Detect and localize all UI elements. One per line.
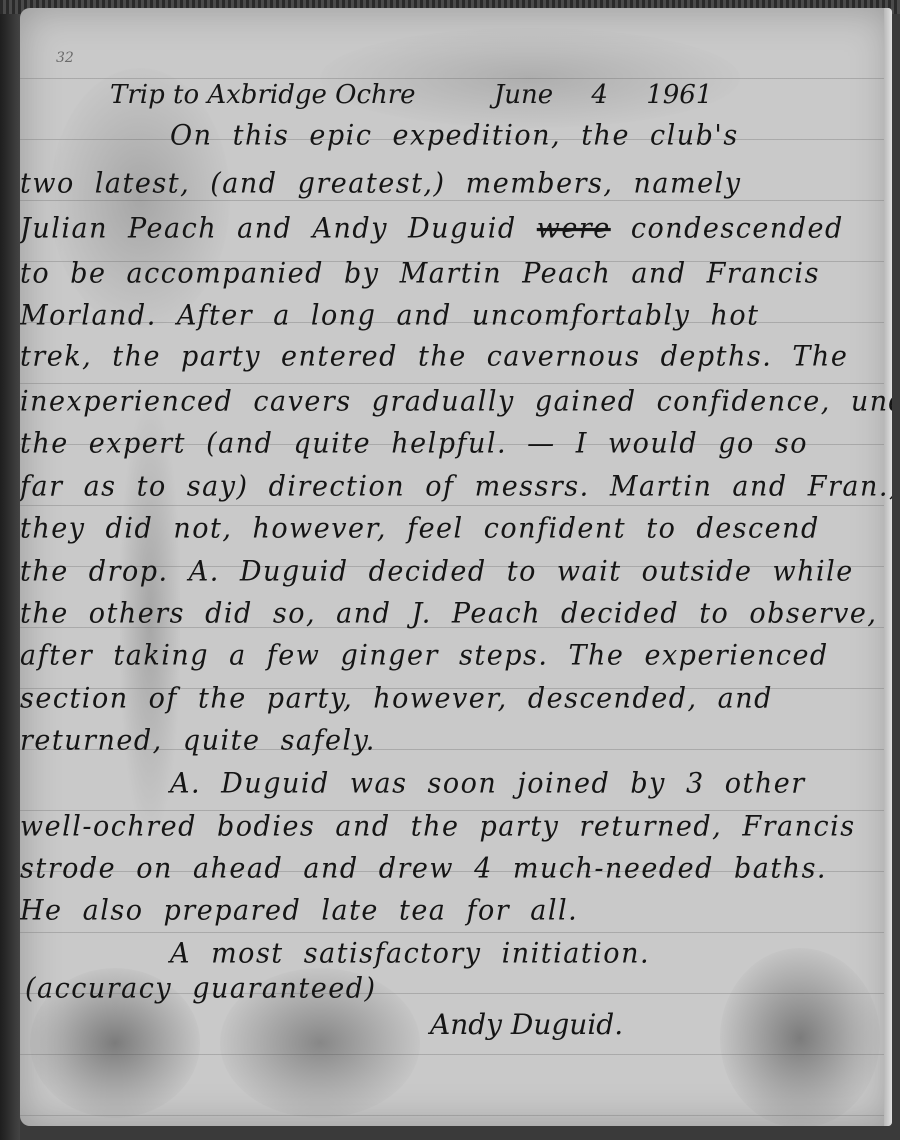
text-line: section of the party, however, descended… <box>20 682 773 715</box>
text-line: (accuracy guaranteed) <box>25 972 377 1005</box>
text-line: two latest, (and greatest,) members, nam… <box>20 167 741 200</box>
ochre-fingerprint <box>720 948 880 1126</box>
ochre-smudge <box>320 28 740 128</box>
text-line: well-ochred bodies and the party returne… <box>20 810 856 843</box>
notebook-page: 32 Trip to Axbridge Ochre June 4 1961 On… <box>20 8 892 1126</box>
text-line: they did not, however, feel confident to… <box>20 512 820 545</box>
entry-heading: Trip to Axbridge Ochre June 4 1961 <box>110 80 712 110</box>
text-line: strode on ahead and drew 4 much-needed b… <box>20 852 827 885</box>
text-line: A. Duguid was soon joined by 3 other <box>170 767 806 800</box>
text-line: the expert (and quite helpful. — I would… <box>20 427 808 460</box>
text-line: On this epic expedition, the club's <box>170 119 739 152</box>
entry-title: Trip to Axbridge Ochre <box>110 80 416 110</box>
text-line: Morland. After a long and uncomfortably … <box>20 299 760 332</box>
struck-word: were <box>537 212 611 245</box>
notebook-binding <box>0 0 20 1140</box>
page-edge <box>884 8 892 1126</box>
text-span: Julian Peach and Andy Duguid <box>20 212 517 245</box>
text-line: trek, the party entered the cavernous de… <box>20 340 848 373</box>
text-line: the drop. A. Duguid decided to wait outs… <box>20 555 854 588</box>
text-line: inexperienced cavers gradually gained co… <box>20 385 892 418</box>
text-line: A most satisfactory initiation. <box>170 937 650 970</box>
page-number: 32 <box>56 50 74 66</box>
text-line: to be accompanied by Martin Peach and Fr… <box>20 257 820 290</box>
text-line: after taking a few ginger steps. The exp… <box>20 639 829 672</box>
text-line: far as to say) direction of messrs. Mart… <box>20 470 892 503</box>
text-line: He also prepared late tea for all. <box>20 894 578 927</box>
entry-date: June 4 1961 <box>494 80 713 110</box>
text-span: condescended <box>631 212 844 245</box>
text-line: Julian Peach and Andy Duguid were condes… <box>20 212 844 245</box>
text-line: returned, quite safely. <box>20 724 376 757</box>
signature: Andy Duguid. <box>430 1008 623 1041</box>
text-line: the others did so, and J. Peach decided … <box>20 597 877 630</box>
